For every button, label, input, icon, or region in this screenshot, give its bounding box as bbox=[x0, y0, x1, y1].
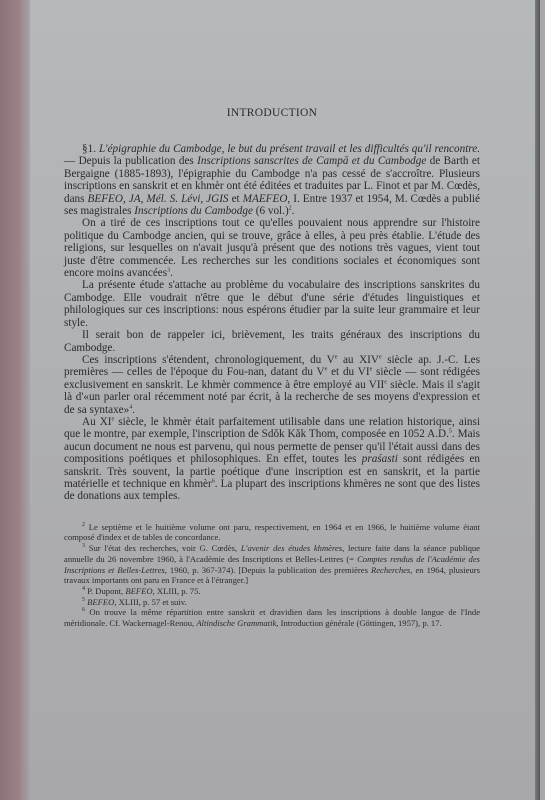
paragraph-6: Au XIe siècle, le khmèr était parfaiteme… bbox=[64, 416, 480, 503]
footnotes: 2 Le septième et le huitième volume ont … bbox=[64, 522, 480, 629]
book-page: INTRODUCTION §1. L'épigraphie du Cambodg… bbox=[30, 0, 540, 800]
paragraph-5: Ces inscriptions s'étendent, chronologiq… bbox=[64, 354, 480, 416]
book-binding-edge bbox=[0, 0, 30, 800]
section-heading: L'épigraphie du Cambodge, le but du prés… bbox=[99, 143, 480, 155]
section-number: §1. bbox=[82, 143, 96, 155]
footnote-4: 4 P. Dupont, BEFEO, XLIII, p. 75. bbox=[64, 586, 480, 597]
page-title: INTRODUCTION bbox=[64, 107, 480, 119]
paragraph-2: On a tiré de ces inscriptions tout ce qu… bbox=[64, 217, 480, 279]
footnote-6: 6 On trouve la même répartition entre sa… bbox=[64, 607, 480, 628]
page-content: INTRODUCTION §1. L'épigraphie du Cambodg… bbox=[64, 107, 480, 629]
paragraph-4: Il serait bon de rappeler ici, brièvemen… bbox=[64, 329, 480, 354]
footnote-2: 2 Le septième et le huitième volume ont … bbox=[64, 522, 480, 543]
footnote-3: 3 Sur l'état des recherches, voir G. Cœd… bbox=[64, 543, 480, 586]
paragraph-3: La présente étude s'attache au problème … bbox=[64, 279, 480, 329]
paragraph-1: §1. L'épigraphie du Cambodge, le but du … bbox=[64, 143, 480, 217]
page-right-edge bbox=[535, 0, 540, 800]
footnote-5: 5 BEFEO, XLIII, p. 57 et suiv. bbox=[64, 597, 480, 608]
